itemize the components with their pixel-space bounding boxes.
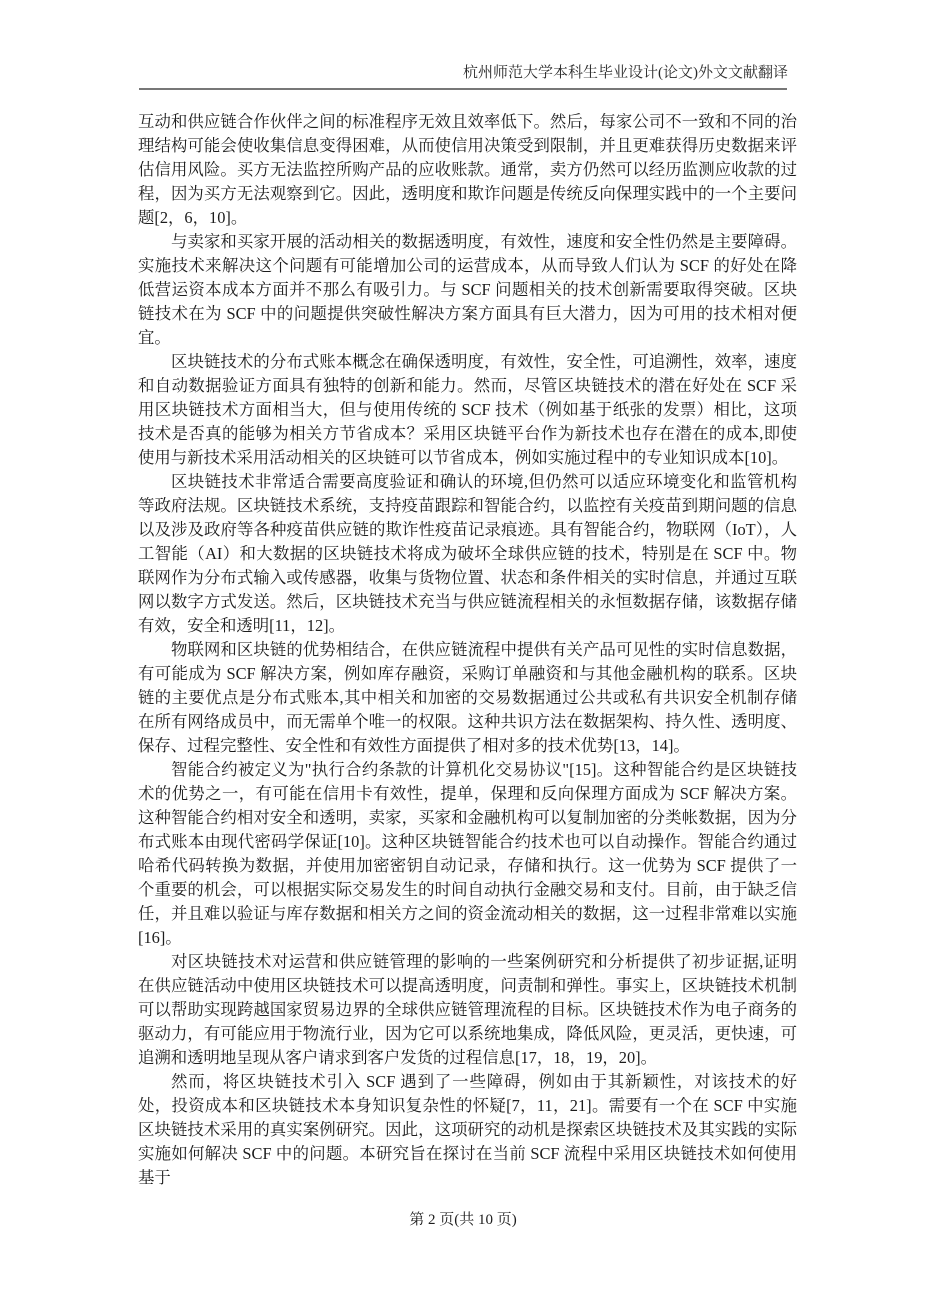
document-body: 互动和供应链合作伙伴之间的标准程序无效且效率低下。然后，每家公司不一致和不同的治… (138, 110, 797, 1190)
header-title: 杭州师范大学本科生毕业设计(论文)外文文献翻译 (138, 61, 788, 85)
body-paragraph: 物联网和区块链的优势相结合，在供应链流程中提供有关产品可见性的实时信息数据，有可… (138, 638, 797, 758)
body-paragraph: 区块链技术非常适合需要高度验证和确认的环境,但仍然可以适应环境变化和监管机构等政… (138, 470, 797, 638)
document-page: 杭州师范大学本科生毕业设计(论文)外文文献翻译 互动和供应链合作伙伴之间的标准程… (0, 0, 926, 1309)
body-paragraph: 互动和供应链合作伙伴之间的标准程序无效且效率低下。然后，每家公司不一致和不同的治… (138, 110, 797, 230)
page-number: 第 2 页(共 10 页) (0, 1210, 926, 1230)
header-rule (139, 88, 787, 90)
body-paragraph: 智能合约被定义为"执行合约条款的计算机化交易协议"[15]。这种智能合约是区块链… (138, 758, 797, 950)
body-paragraph: 对区块链技术对运营和供应链管理的影响的一些案例研究和分析提供了初步证据,证明在供… (138, 950, 797, 1070)
body-paragraph: 与卖家和买家开展的活动相关的数据透明度，有效性，速度和安全性仍然是主要障碍。实施… (138, 230, 797, 350)
body-paragraph: 然而，将区块链技术引入 SCF 遇到了一些障碍，例如由于其新颖性，对该技术的好处… (138, 1070, 797, 1190)
body-paragraph: 区块链技术的分布式账本概念在确保透明度，有效性，安全性，可追溯性，效率，速度和自… (138, 350, 797, 470)
